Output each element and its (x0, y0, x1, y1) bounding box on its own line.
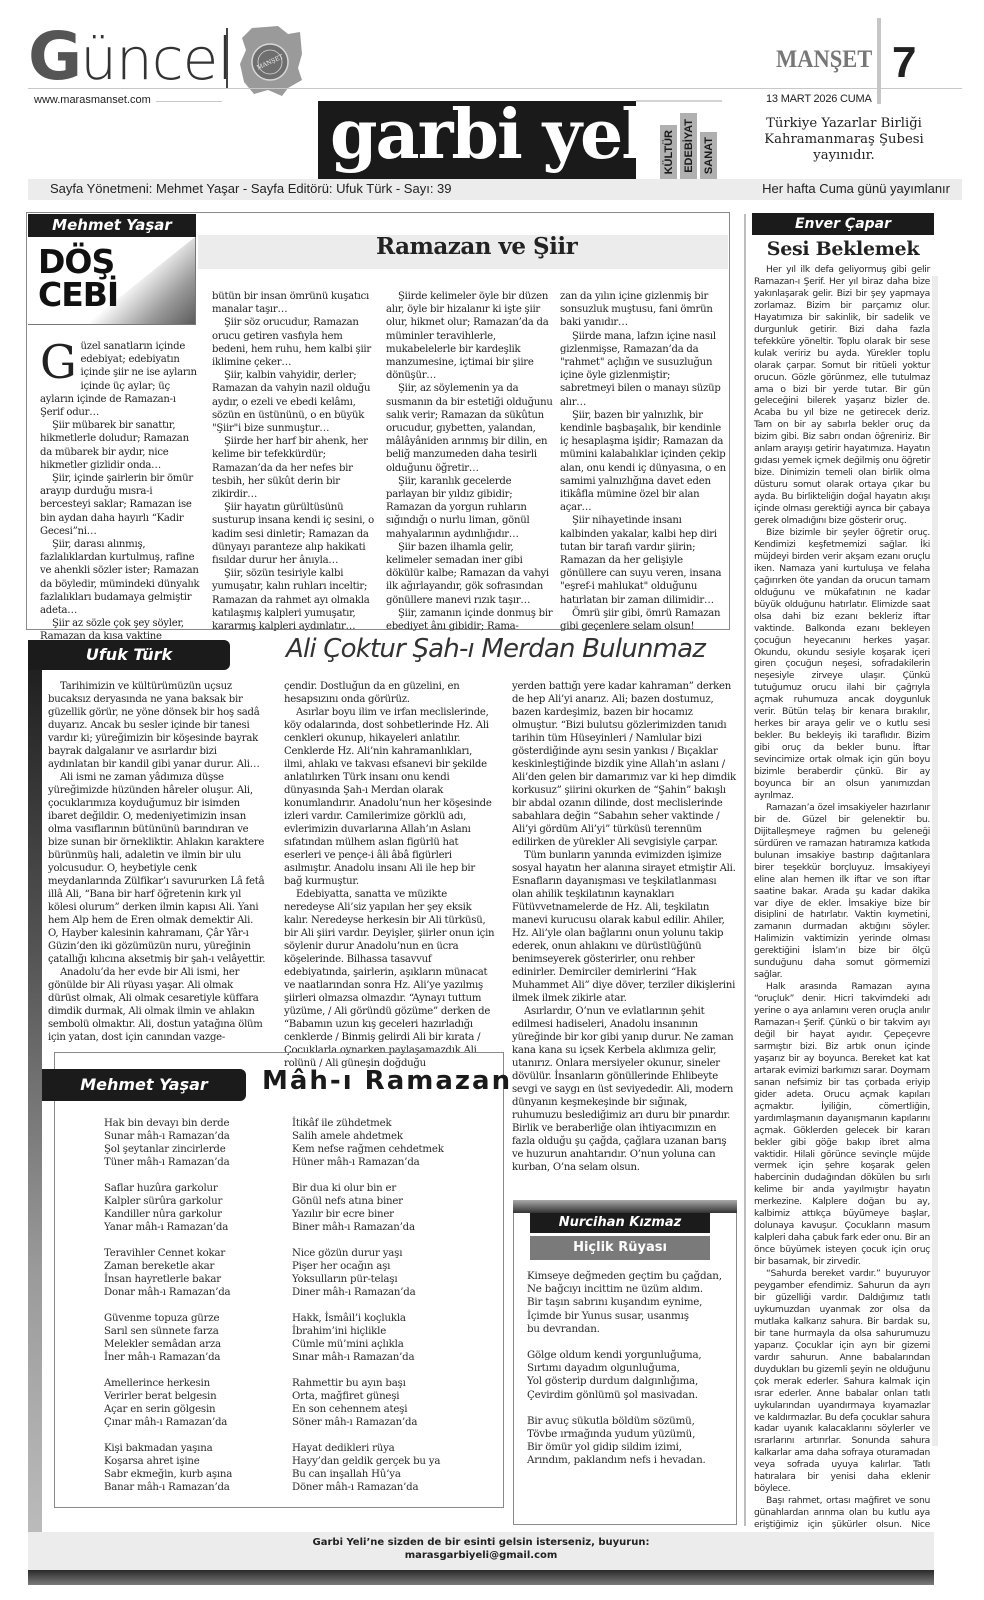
paragraph: Tarihimizin ve kültürümüzün uçsuz bucaks… (48, 680, 266, 771)
paragraph: Şiir, az söylemenin ya da susmanın da bi… (386, 382, 554, 474)
article-column: Şiirde kelimeler öyle bir düzen alır, öy… (386, 290, 554, 633)
article-column: bütün bir insan ömrünü kuşatıcı manalar … (212, 290, 380, 633)
drop-cap: G (40, 343, 77, 381)
paragraph: yerden battığı yere kadar kahraman” derk… (512, 680, 736, 849)
stanza: Rahmettir bu ayın başıOrta, mağfiret gün… (292, 1377, 492, 1429)
stanza: Bir dua ki olur bin erGönül nefs atına b… (292, 1182, 492, 1234)
author-byline: Mehmet Yaşar (28, 214, 196, 237)
contact-invite: Garbi Yeli’ne sizden de bir esinti gelsi… (28, 1536, 934, 1549)
paragraph: Şiir, kalbin vahyidir, derler; Ramazan d… (212, 369, 380, 435)
stanza: Amellerince herkesinVerirler berat belge… (104, 1377, 274, 1429)
paragraph: Güzel sanatların içinde edebiyat; edebiy… (40, 340, 200, 419)
stanza: Gölge oldum kendi yorgunluğuma,Sırtımı d… (527, 1349, 732, 1402)
poem-body: Kimseye değmeden geçtim bu çağdan,Ne bağ… (527, 1270, 732, 1481)
issue-date: 13 MART 2026 CUMA (766, 93, 872, 105)
supplement-title: garbi yeli (330, 101, 636, 175)
tag-kultur: KÜLTÜR (660, 125, 677, 179)
paragraph: Ramazan’a özel imsakiyeler hazırlanır bi… (754, 802, 930, 981)
article-column: zan da yılın içine gizlenmiş bir sonsuzl… (560, 290, 726, 633)
poem-title: Mâh-ı Ramazan (262, 1066, 512, 1096)
author-byline: Nurcihan Kızmaz (530, 1213, 710, 1233)
credits-strip: Sayfa Yönetmeni: Mehmet Yaşar - Sayfa Ed… (28, 179, 962, 200)
page-number-divider (877, 18, 881, 104)
stanza: Saflar huzûra garkolurKalpler sürûra gar… (104, 1182, 274, 1234)
author-byline: Mehmet Yaşar (42, 1069, 246, 1101)
column-logo: DÖŞ CEBİ (28, 237, 196, 325)
author-byline: Ufuk Türk (28, 640, 230, 670)
stanza: Kişi bakmadan yaşınaKoşarsa ahret işineS… (104, 1442, 274, 1494)
poem-column-left: Hak bin devayı bin derdeSunar mâh-ı Rama… (104, 1117, 274, 1507)
column-shade (932, 276, 938, 1446)
section-logo: Güncel (28, 24, 232, 90)
paragraph: Şiir bazen ilhamla gelir, kelimeler sema… (386, 541, 554, 607)
tag-sanat: SANAT (700, 132, 717, 179)
author-byline: Enver Çapar (752, 213, 934, 235)
website-link[interactable]: www.marasmanset.com (34, 94, 151, 106)
paragraph: Şiir nihayetinde insanı kalbinden yakala… (560, 514, 726, 606)
column-name: DÖŞ CEBİ (38, 245, 118, 311)
paragraph: Ali ismi ne zaman yâdımıza düşse yüreğim… (48, 771, 266, 966)
article-column: Güzel sanatların içinde edebiyat; edebiy… (40, 340, 200, 657)
stanza: Hakk, İsmâil’i koçluklaİbrahim’ini hiçli… (292, 1312, 492, 1364)
stanza: Nice gözün durur yaşıPişer her ocağın aş… (292, 1247, 492, 1299)
paragraph: Şiir hayatın gürültüsünü susturup insana… (212, 501, 380, 567)
article-title: Sesi Beklemek (752, 238, 934, 260)
paragraph: Şiir, bazen bir yalnızlık, bir kendinle … (560, 409, 726, 515)
paragraph: Şiir, darası alınmış, fazlalıklardan kur… (40, 538, 200, 617)
paragraph: Şiir, içinde şairlerin bir ömür arayıp d… (40, 472, 200, 538)
paragraph: Edebiyatta, sanatta ve müzikte neredeyse… (284, 888, 496, 1070)
paragraph: Şiirde kelimeler öyle bir düzen alır, öy… (386, 290, 554, 382)
paragraph: Şiir mübarek bir sanattır, hikmetlerle d… (40, 419, 200, 472)
paragraph: çendir. Dostluğun da en güzelini, en hes… (284, 680, 496, 706)
article-title: Ramazan ve Şiir (376, 233, 577, 260)
article-title: Ali Çoktur Şah-ı Merdan Bulunmaz (286, 634, 705, 664)
website-rule (156, 101, 222, 102)
credits: Sayfa Yönetmeni: Mehmet Yaşar - Sayfa Ed… (50, 181, 452, 196)
header-rule (28, 88, 962, 89)
tag-edebiyat: EDEBİYAT (680, 113, 697, 179)
paragraph: Bize bizimle bir şeyler öğretir oruç. Ke… (754, 527, 930, 802)
article-column: Her yıl ilk defa geliyormuş gibi gelir R… (754, 264, 930, 1567)
footer-gradient-bar (28, 1570, 934, 1585)
article-column: Tarihimizin ve kültürümüzün uçsuz bucaks… (48, 680, 266, 1044)
contact-email-link[interactable]: marasgarbiyeli@gmail.com (405, 1550, 558, 1561)
stanza: Hayat dedikleri rüyaHayy’dan geldik gerç… (292, 1442, 492, 1494)
schedule: Her hafta Cuma günü yayımlanır (762, 181, 950, 196)
paragraph: bütün bir insan ömrünü kuşatıcı manalar … (212, 290, 380, 316)
paragraph: “Sahurda bereket vardır.” buyuruyor peyg… (754, 1268, 930, 1495)
paragraph: Asırlar boyu ilim ve irfan meclislerinde… (284, 706, 496, 888)
poem-title: Hiçlik Rüyası (530, 1236, 710, 1260)
side-gradient-bar (28, 640, 42, 1540)
masthead: Güncel MANŞET www.marasmanset.com MANŞET… (0, 0, 984, 205)
paragraph: zan da yılın içine gizlenmiş bir sonsuzl… (560, 290, 726, 330)
article-column: çendir. Dostluğun da en güzelini, en hes… (284, 680, 496, 1070)
publisher-note: Türkiye Yazarlar Birliği Kahramanmaraş Ş… (744, 116, 944, 164)
stanza: Bir avuç sükutla böldüm sözümü,Tövbe ırm… (527, 1415, 732, 1468)
poem-column-right: İtikâf ile zühdetmekSalih amele ahdetmek… (292, 1117, 492, 1507)
paragraph: Asırlardır, O’nun ve evlatlarının şehit … (512, 1005, 736, 1174)
paragraph: Şiirde her harf bir ahenk, her kelime bi… (212, 435, 380, 501)
article-column: yerden battığı yere kadar kahraman” derk… (512, 680, 736, 1174)
paragraph: Tüm bunların yanında evimizden işimize s… (512, 849, 736, 1005)
page-number: 7 (892, 38, 916, 88)
title-rule (636, 100, 722, 102)
supplement-title-box: garbi yeli (318, 101, 636, 179)
newspaper-name: MANŞET (776, 46, 872, 74)
paragraph: Halk arasında Ramazan ayına “oruçluk” de… (754, 981, 930, 1268)
stanza: Teravihler Cennet kokarZaman bereketle a… (104, 1247, 274, 1299)
logo-divider (226, 28, 228, 88)
stanza: Güvenme topuza gürzeSarıl sen sünnete fa… (104, 1312, 274, 1364)
stanza: Kimseye değmeden geçtim bu çağdan,Ne bağ… (527, 1270, 732, 1336)
column-divider (744, 214, 746, 1526)
paragraph: Ömrü şiir gibi, ömrü Ramazan gibi geçenl… (560, 607, 726, 633)
paragraph: Şiirde mana, lafzın içine nasıl gizlenmi… (560, 330, 726, 409)
paragraph: Şiir, karanlık gecelerde parlayan bir yı… (386, 475, 554, 541)
paragraph: Anadolu’da her evde bir Ali ismi, her gö… (48, 966, 266, 1044)
stanza: Hak bin devayı bin derdeSunar mâh-ı Rama… (104, 1117, 274, 1169)
poem-frame-top-bar (513, 1200, 737, 1213)
map-seal-icon: MANŞET (238, 24, 304, 96)
paragraph: Şiir, zamanın içinde donmuş bir ebediyet… (386, 607, 554, 633)
contact-strip: Garbi Yeli’ne sizden de bir esinti gelsi… (28, 1532, 934, 1570)
paragraph: Her yıl ilk defa geliyormuş gibi gelir R… (754, 264, 930, 527)
stanza: İtikâf ile zühdetmekSalih amele ahdetmek… (292, 1117, 492, 1169)
paragraph: Şiir, sözün tesiriyle kalbi yumuşatır, k… (212, 567, 380, 633)
paragraph: Şiir söz orucudur, Ramazan orucu getiren… (212, 316, 380, 369)
